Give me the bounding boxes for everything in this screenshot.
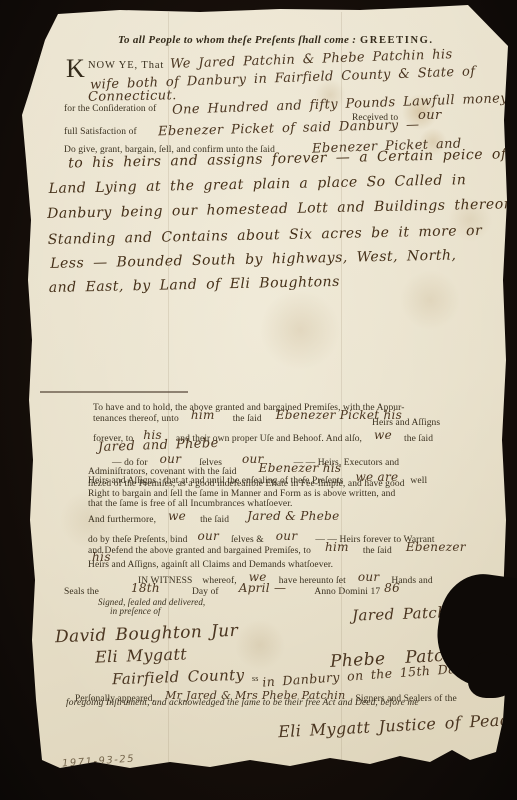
grantors-script: Jared & Phebe [247,509,339,523]
photo-background: To all People to whom theſe Preſents ſha… [0,0,517,800]
furthermore-line-5: Heirs and Aſſigns, againſt all Claims an… [88,560,333,570]
justice-signature: Eli Mygatt Justice of Peace [278,710,517,742]
ss-abbrev: ss [252,674,258,683]
greeting-word: GREETING. [360,35,434,46]
day-script: 18th [131,581,160,595]
witness-text: Seals the [64,587,99,597]
deed-paper: To all People to whom theſe Preſents ſha… [0,0,517,800]
furthermore-text: and Defend the above granted and bargain… [88,546,311,556]
habendum-text: the ſaid [404,434,433,444]
habendum-line-11: that the ſame is free of all Incumbrance… [88,499,292,509]
we-script: we [374,428,392,442]
furthermore-line-1: And furthermore, we the ſaid Jared & Phe… [88,509,339,527]
habendum-line-9: ſiezed of the Premiſes, as a good indefe… [88,479,405,489]
and-furthermore: And furthermore, [88,515,156,525]
description-line: Standing and Contains about Six acres be… [48,223,483,248]
dropcap-k: K [66,54,85,84]
witness2-signature: Eli Mygatt [95,644,188,666]
him-script: him [191,408,215,422]
heirs-assigns-right: Heirs and Aſſigns [372,418,440,428]
description-line: Less — Bounded South by highways, West, … [50,247,456,272]
fold-crease-horizontal [40,391,188,393]
habendum-text: well [410,476,427,486]
state-script: Connecticut. [88,88,177,105]
description-line: and East, by Land of Eli Boughtons [49,274,340,296]
him-script: him [325,540,349,554]
know-ye-print: NOW YE, That [88,60,164,71]
furthermore-text: the ſaid [200,515,229,525]
year-script: 86 [384,581,400,595]
acknowledgment-line-2: foregoing Inſtrument, and acknowledged t… [66,698,419,708]
jared-patchin-signature: Jared Patch [352,603,448,624]
witness1-signature: David Boughton Jur [55,621,239,647]
consideration-print: for the Conſideration of [64,104,156,114]
month-script: April — [239,581,287,595]
description-line: Land Lying at the great plain a place So… [49,172,467,197]
description-line: Danbury being our homestead Lott and Bui… [47,196,513,222]
we-script: we [168,509,186,523]
satisfaction-print: full Satisfaction of [64,127,137,137]
torn-hole-lobe [468,652,517,698]
signed-sealed-line-2: in preſence of [110,606,161,616]
furthermore-line-3: and Defend the above granted and bargain… [88,540,466,558]
grantee-name-script: Ebenezer Picket of said Danbury — [158,118,420,140]
witness-text: Anno Domini 17 [314,587,380,597]
catalog-number: 1971-93-25 [62,753,136,769]
grantee-script: Ebenezer [406,540,466,554]
habendum-text: the ſaid [233,414,262,424]
greeting-line: To all People to whom theſe Preſents ſha… [118,34,356,46]
witness-text: Day of [192,587,219,597]
habendum-text: tenances thereof, unto [93,414,179,424]
habendum-line-2: tenances thereof, unto him the ſaid Eben… [93,408,402,426]
furthermore-text: the ſaid [363,546,392,556]
habendum-line-10: Right to bargain and ſell the ſame in Ma… [88,489,395,499]
county-script: Fairfield County [112,666,245,689]
received-script: our [418,108,442,123]
